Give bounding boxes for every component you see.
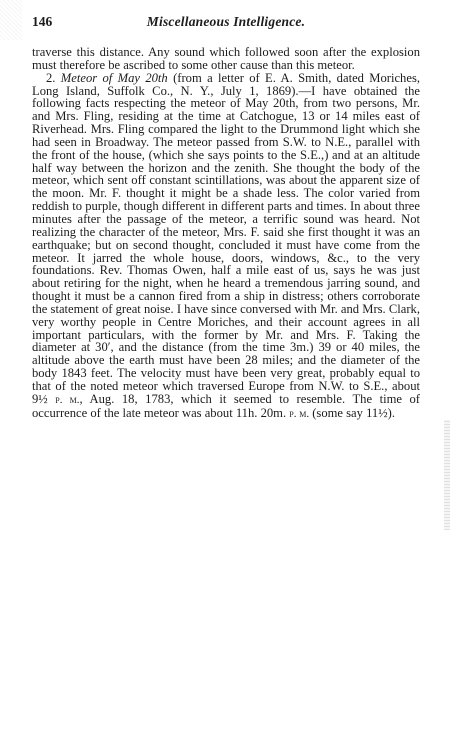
scan-edge-artifact (444, 420, 450, 530)
body-text: traverse this distance. Any sound which … (32, 46, 420, 420)
pm-abbrev: p. m. (55, 394, 79, 406)
scan-speckle (0, 0, 22, 40)
paragraph-continuation: traverse this distance. Any sound which … (32, 46, 420, 72)
running-head-title: Miscellaneous Intelligence. (32, 14, 420, 30)
document-page: 146 Miscellaneous Intelligence. traverse… (32, 10, 420, 420)
running-head: 146 Miscellaneous Intelligence. (32, 10, 420, 32)
pm-abbrev: p. m. (289, 408, 309, 420)
paragraph-text: —I have obtained the following facts res… (32, 84, 420, 406)
paragraph-text: (some say 11½). (312, 406, 395, 420)
paragraph-meteor-may-20: 2. Meteor of May 20th (from a letter of … (32, 72, 420, 421)
